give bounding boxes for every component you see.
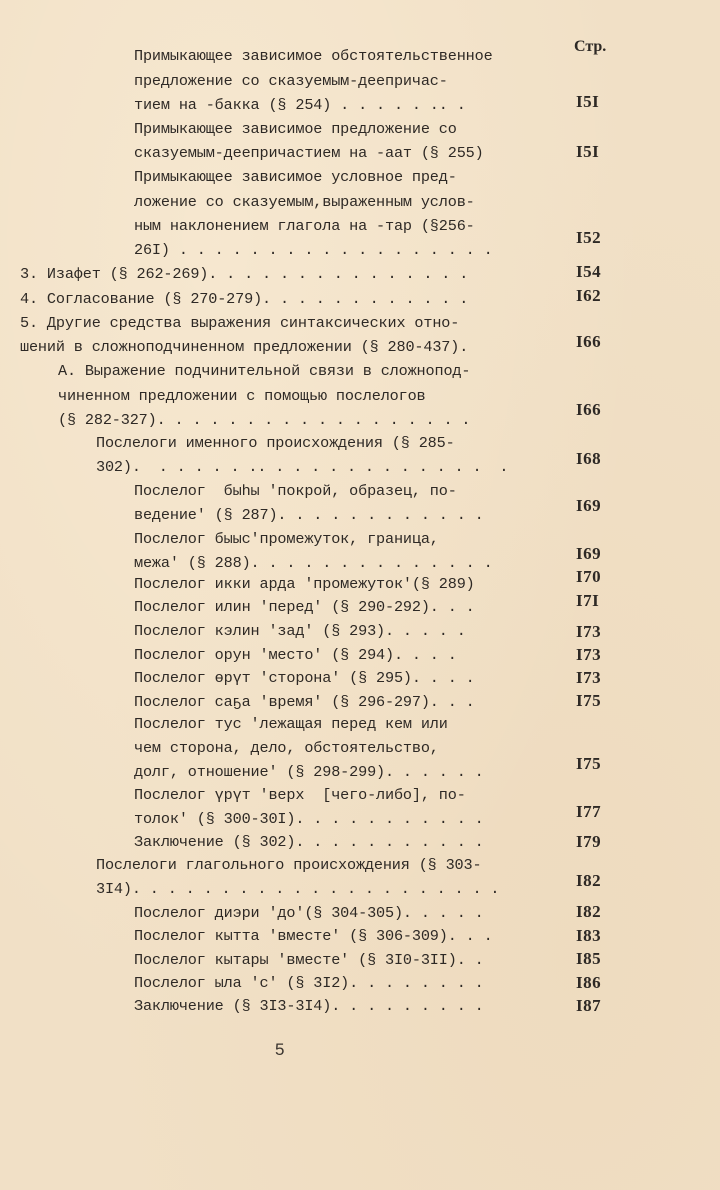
toc-entry-line: сказуемым-деепричастием на -аат (§ 255) [134, 143, 484, 163]
toc-entry-line: Послелоги глагольного происхождения (§ 3… [96, 855, 481, 875]
page-number: 5 [275, 1040, 284, 1060]
toc-entry-line: чем сторона, дело, обстоятельство, [134, 738, 439, 758]
toc-entry-line: Послелог быһы 'покрой, образец, по- [134, 481, 457, 501]
toc-entry-line: Послелог илин 'перед' (§ 290-292). . . [134, 597, 475, 617]
toc-page-number: I73 [576, 645, 601, 665]
toc-entry-line: толок' (§ 300-30I). . . . . . . . . . . [134, 809, 484, 829]
toc-page-number: I75 [576, 754, 601, 774]
page-column-header: Стр. [574, 38, 606, 56]
toc-page-number: I68 [576, 449, 601, 469]
toc-entry-line: предложение со сказуемым-деепричас- [134, 71, 448, 91]
toc-entry-line: Послелог кытары 'вместе' (§ 3I0-3II). . [134, 950, 484, 970]
toc-entry-line: 4. Согласование (§ 270-279). . . . . . .… [20, 289, 468, 309]
toc-page-number: I73 [576, 668, 601, 688]
toc-entry-line: 26I) . . . . . . . . . . . . . . . . . . [134, 240, 493, 260]
toc-entry-line: Послелог ыла 'с' (§ 3I2). . . . . . . . [134, 973, 484, 993]
toc-entry-line: Послелог орун 'место' (§ 294). . . . [134, 645, 457, 665]
toc-entry-line: ным наклонением глагола на -тар (§256- [134, 216, 475, 236]
toc-entry-line: (§ 282-327). . . . . . . . . . . . . . .… [58, 410, 470, 430]
toc-entry-line: чиненном предложении с помощью послелого… [58, 386, 426, 406]
toc-page-number: I69 [576, 496, 601, 516]
toc-entry-line: Послелог үрүт 'верх [чего-либо], по- [134, 785, 466, 805]
toc-entry-line: 5. Другие средства выражения синтаксичес… [20, 313, 459, 333]
toc-entry-line: тием на -бакка (§ 254) . . . . . .. . [134, 95, 466, 115]
toc-page-number: I82 [576, 871, 601, 891]
toc-page-number: I83 [576, 926, 601, 946]
toc-page: Стр. Примыкающее зависимое обстоятельств… [0, 0, 720, 1190]
toc-entry-line: долг, отношение' (§ 298-299). . . . . . [134, 762, 484, 782]
toc-page-number: I73 [576, 622, 601, 642]
toc-entry-line: Послелог кытта 'вместе' (§ 306-309). . . [134, 926, 493, 946]
toc-page-number: I79 [576, 832, 601, 852]
toc-entry-line: Послелог диэри 'до'(§ 304-305). . . . . [134, 903, 484, 923]
toc-page-number: I69 [576, 544, 601, 564]
toc-page-number: I86 [576, 973, 601, 993]
toc-page-number: I87 [576, 996, 601, 1016]
toc-entry-line: 302). . . . . . .. . . . . . . . . . . .… [96, 457, 508, 477]
toc-page-number: I5I [576, 92, 599, 112]
toc-entry-line: Послелоги именного происхождения (§ 285- [96, 433, 455, 453]
toc-entry-line: Послелог саҕа 'время' (§ 296-297). . . [134, 692, 475, 712]
toc-entry-line: Послелог быыс'промежуток, граница, [134, 529, 439, 549]
toc-page-number: I5I [576, 142, 599, 162]
toc-entry-line: Примыкающее зависимое предложение со [134, 119, 457, 139]
toc-entry-line: Послелог кэлин 'зад' (§ 293). . . . . [134, 621, 466, 641]
toc-entry-line: 3. Изафет (§ 262-269). . . . . . . . . .… [20, 264, 468, 284]
toc-entry-line: Примыкающее зависимое обстоятельственное [134, 46, 493, 66]
toc-page-number: I66 [576, 400, 601, 420]
toc-entry-line: ведение' (§ 287). . . . . . . . . . . . [134, 505, 484, 525]
toc-entry-line: Заключение (§ 302). . . . . . . . . . . [134, 832, 484, 852]
toc-entry-line: Послелог икки арда 'промежуток'(§ 289) [134, 574, 475, 594]
toc-entry-line: А. Выражение подчинительной связи в слож… [58, 361, 470, 381]
toc-page-number: I70 [576, 567, 601, 587]
toc-entry-line: шений в сложноподчиненном предложении (§… [20, 337, 468, 357]
toc-entry-line: 3I4). . . . . . . . . . . . . . . . . . … [96, 879, 499, 899]
toc-page-number: I77 [576, 802, 601, 822]
toc-page-number: I85 [576, 949, 601, 969]
toc-entry-line: Заключение (§ 3I3-3I4). . . . . . . . . [134, 996, 484, 1016]
toc-entry-line: Примыкающее зависимое условное пред- [134, 167, 457, 187]
toc-page-number: I54 [576, 262, 601, 282]
toc-page-number: I7I [576, 591, 599, 611]
toc-entry-line: межа' (§ 288). . . . . . . . . . . . . . [134, 553, 493, 573]
toc-entry-line: Послелог өрүт 'сторона' (§ 295). . . . [134, 668, 475, 688]
toc-entry-line: ложение со сказуемым,выраженным услов- [134, 192, 475, 212]
toc-page-number: I82 [576, 902, 601, 922]
toc-page-number: I52 [576, 228, 601, 248]
toc-page-number: I75 [576, 691, 601, 711]
toc-entry-line: Послелог тус 'лежащая перед кем или [134, 714, 448, 734]
toc-page-number: I66 [576, 332, 601, 352]
toc-page-number: I62 [576, 286, 601, 306]
